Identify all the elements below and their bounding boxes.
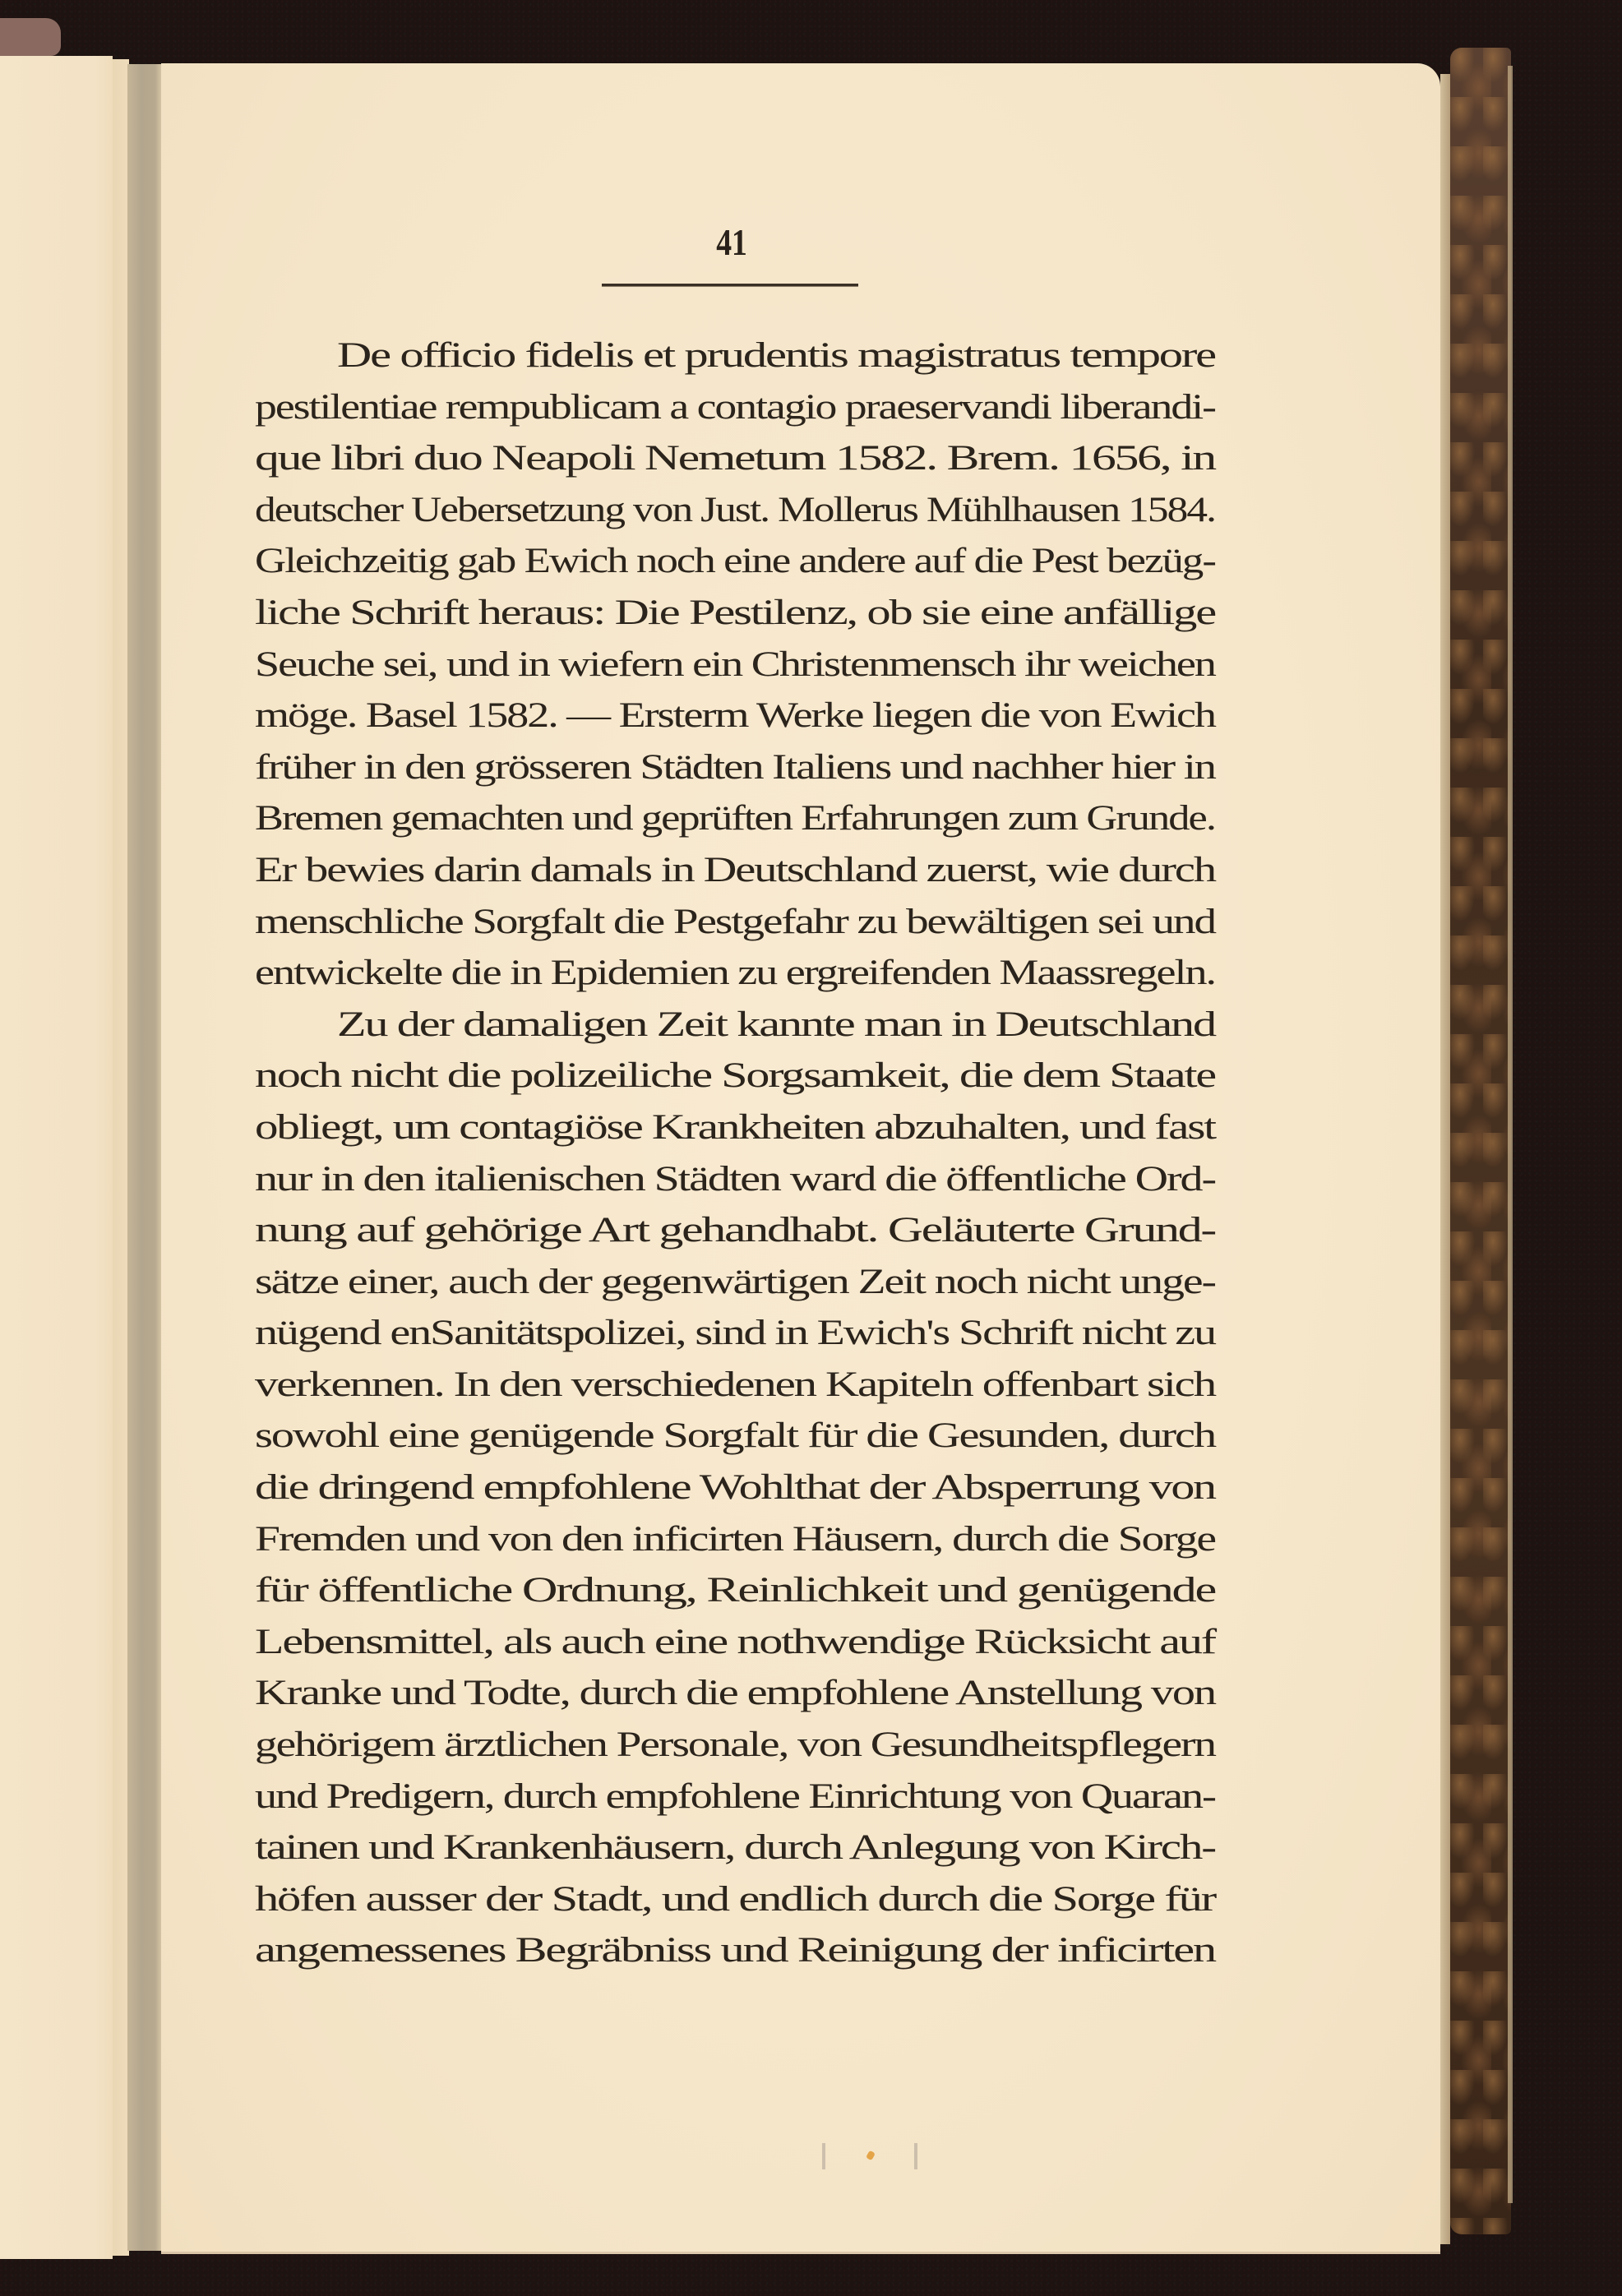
smudge-mark [914, 2143, 917, 2169]
text-line: Kranke und Todte, durch die empfohlene A… [255, 1668, 1215, 1720]
text-line: deutscher Uebersetzung von Just. Molleru… [255, 485, 1215, 537]
text-line: menschliche Sorgfalt die Pestgefahr zu b… [255, 897, 1215, 949]
left-page [0, 56, 113, 2259]
text-line: pestilentiae rempublicam a contagio prae… [255, 382, 1215, 434]
text-line: angemessenes Begräbniss und Reinigung de… [255, 1925, 1215, 1977]
marbled-edge [1450, 48, 1511, 2234]
text-line: und Predigern, durch empfohlene Einricht… [255, 1772, 1215, 1823]
text-line: für öffentliche Ordnung, Reinlichkeit un… [255, 1565, 1215, 1617]
header-rule [602, 284, 858, 287]
text-line: nung auf gehörige Art gehandhabt. Geläut… [255, 1205, 1215, 1257]
gutter-shadow [127, 64, 162, 2251]
text-line: nügend enSanitätspolizei, sind in Ewich'… [255, 1308, 1215, 1360]
text-line: Seuche sei, und in wiefern ein Christenm… [255, 640, 1215, 691]
page-edge-bevel [1440, 74, 1450, 2244]
text-line: Er bewies darin damals in Deutschland zu… [255, 845, 1215, 897]
smudge-mark [822, 2143, 825, 2169]
text-line: gehörigem ärztlichen Personale, von Gesu… [255, 1720, 1215, 1772]
text-line: früher in den grösseren Städten Italiens… [255, 742, 1215, 794]
text-line: entwickelte die in Epidemien zu ergreife… [255, 948, 1215, 1000]
text-line: höfen ausser der Stadt, und endlich durc… [255, 1874, 1215, 1926]
text-line: nur in den italienischen Städten ward di… [255, 1154, 1215, 1206]
text-line: Zu der damaligen Zeit kannte man in Deut… [255, 1000, 1215, 1051]
text-line: die dringend empfohlene Wohlthat der Abs… [255, 1462, 1215, 1514]
text-line: De officio fidelis et prudentis magistra… [255, 330, 1215, 382]
text-line: Fremden und von den inficirten Häusern, … [255, 1514, 1215, 1566]
text-line: tainen und Krankenhäusern, durch Anlegun… [255, 1822, 1215, 1874]
page-number: 41 [132, 220, 1462, 264]
text-line: Bremen gemachten und geprüften Erfahrung… [255, 793, 1215, 845]
text-line: obliegt, um contagiöse Krankheiten abzuh… [255, 1102, 1215, 1154]
text-line: que libri duo Neapoli Nemetum 1582. Brem… [255, 433, 1215, 485]
text-line: noch nicht die polizeiliche Sorgsamkeit,… [255, 1051, 1215, 1102]
text-line: liche Schrift heraus: Die Pestilenz, ob … [255, 588, 1215, 640]
text-line: Lebensmittel, als auch eine nothwendige … [255, 1617, 1215, 1669]
body-text: De officio fidelis et prudentis magistra… [255, 330, 1215, 1977]
page-number-text: 41 [716, 220, 747, 264]
text-line: verkennen. In den verschiedenen Kapiteln… [255, 1360, 1215, 1411]
text-line: sowohl eine genügende Sorgfalt für die G… [255, 1411, 1215, 1462]
left-page-edge [113, 59, 129, 2256]
text-line: sätze einer, auch der gegenwärtigen Zeit… [255, 1257, 1215, 1309]
cloth-binding-tab [0, 18, 61, 56]
text-line: Gleichzeitig gab Ewich noch eine andere … [255, 536, 1215, 588]
text-line: möge. Basel 1582. — Ersterm Werke liegen… [255, 691, 1215, 742]
marbled-edge-rim [1508, 66, 1513, 2203]
